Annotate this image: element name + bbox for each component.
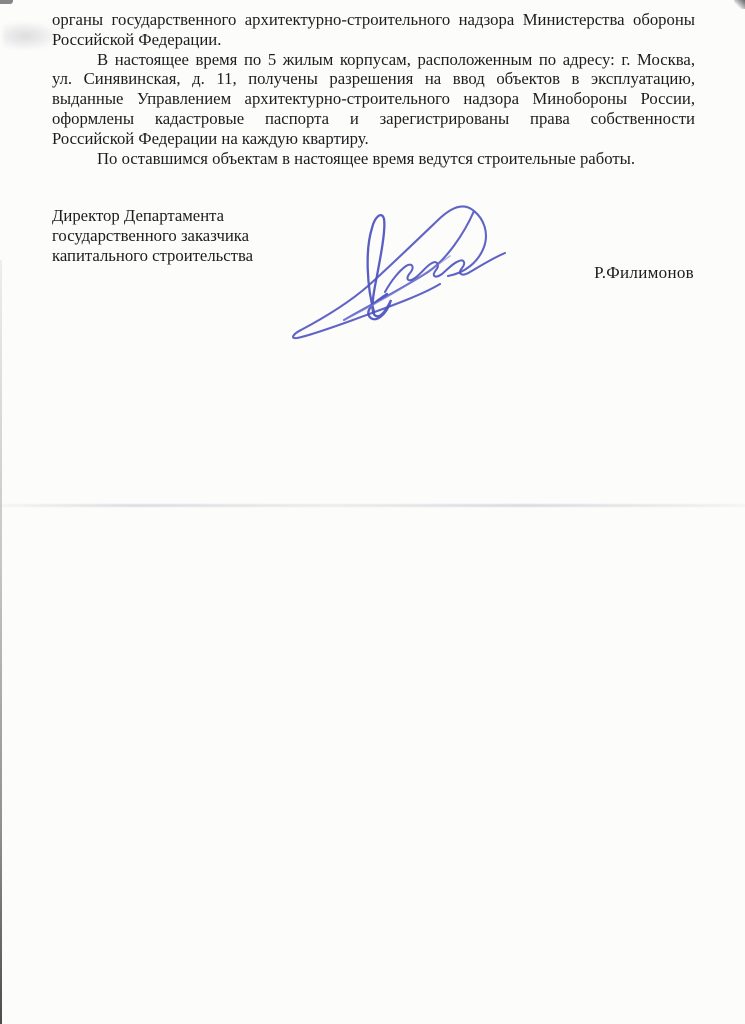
text-line: По оставшимся объектам в настоящее время… [52,149,695,169]
text-line: ул. Синявинская, д. 11, получены разреше… [52,69,695,89]
paragraph: органы государственного архитектурно-стр… [52,10,695,50]
signature-stroke-swoosh [293,206,486,338]
paragraph: По оставшимся объектам в настоящее время… [52,149,695,169]
scan-mark-top-right [734,0,745,9]
document-body-text: органы государственного архитектурно-стр… [52,10,695,168]
signature-ink-svg [288,202,514,344]
text-line: Российской Федерации на каждую квартиру. [52,129,695,149]
scan-smudge-top-left [3,22,58,50]
text-line: Российской Федерации. [52,30,695,50]
scan-mark-top-left [0,0,13,4]
signer-name: Р.Филимонов [594,263,694,283]
scanned-document-page: органы государственного архитектурно-стр… [0,0,745,1024]
handwritten-signature [288,202,514,344]
paragraph: В настоящее время по 5 жилым корпусам, р… [52,50,695,149]
paper-fold-crease [0,504,745,507]
scan-edge-left [0,260,2,1024]
text-line: органы государственного архитектурно-стр… [52,10,695,30]
text-line: выданные Управлением архитектурно-строит… [52,89,695,109]
text-line: В настоящее время по 5 жилым корпусам, р… [52,50,695,70]
text-line: оформлены кадастровые паспорта и зарегис… [52,109,695,129]
